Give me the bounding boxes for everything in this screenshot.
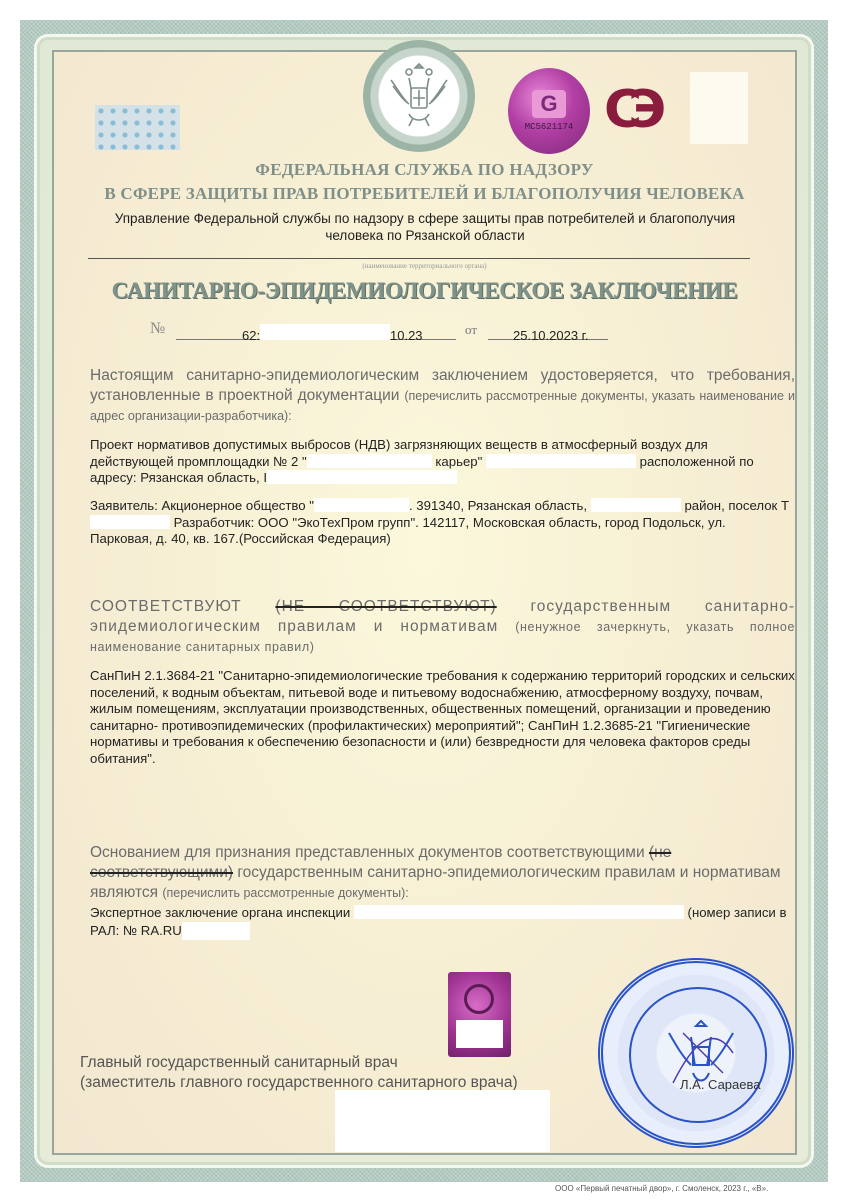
document-title: САНИТАРНО-ЭПИДЕМИОЛОГИЧЕСКОЕ ЗАКЛЮЧЕНИЕ [52, 278, 797, 304]
applicant-text-3: район, поселок Т [684, 498, 789, 513]
microprint-hologram-patch [95, 105, 180, 150]
divider-line [88, 258, 750, 259]
compliance-statement: СООТВЕТСТВУЮТ (НЕ СООТВЕТСТВУЮТ) государ… [90, 597, 795, 657]
redacted-area [486, 454, 636, 468]
agency-name-line2: В СФЕРЕ ЗАЩИТЫ ПРАВ ПОТРЕБИТЕЛЕЙ И БЛАГО… [52, 184, 797, 204]
number-label: № [150, 320, 165, 338]
expert-conclusion: Экспертное заключение органа инспекции (… [90, 905, 790, 940]
double-headed-eagle-icon [387, 58, 451, 134]
coat-of-arms-emblem-icon [363, 40, 475, 152]
signer-position: Главный государственный санитарный врач … [80, 1053, 518, 1093]
redacted-area [307, 454, 432, 468]
redacted-area [354, 905, 684, 919]
number-prefix: 62: [242, 328, 260, 343]
date-label: от [465, 322, 477, 338]
basis-statement: Основанием для признания представленных … [90, 843, 795, 903]
project-text-2: карьер" [435, 454, 482, 469]
applicant-info: Заявитель: Акционерное общество ". 39134… [90, 498, 790, 548]
se-logo-icon: СЭ [604, 80, 684, 140]
compliance-status-struck: (НЕ СООТВЕТСТВУЮТ) [275, 598, 496, 615]
applicant-text-2: . 391340, Рязанская область, [409, 498, 587, 513]
redacted-area [182, 922, 250, 940]
territorial-body-caption: (наименование территориального органа) [52, 262, 797, 270]
certification-intro: Настоящим санитарно-эпидемиологическим з… [90, 366, 795, 426]
territorial-body: Управление Федеральной службы по надзору… [60, 210, 790, 244]
territorial-body-line2: человека по Рязанской области [60, 227, 790, 244]
compliance-status: СООТВЕТСТВУЮТ [90, 598, 242, 615]
applicant-text-1: Заявитель: Акционерное общество " [90, 498, 314, 513]
project-description: Проект нормативов допустимых выбросов (Н… [90, 437, 790, 487]
hologram-seal: G МС5621174 [508, 68, 590, 154]
developer-text: Разработчик: ООО "ЭкоТехПром групп". 142… [90, 515, 726, 547]
agency-name-line1: ФЕДЕРАЛЬНАЯ СЛУЖБА ПО НАДЗОРУ [52, 160, 797, 180]
territorial-body-line1: Управление Федеральной службы по надзору… [60, 210, 790, 227]
redacted-area [591, 498, 681, 512]
hologram-logo-icon [464, 984, 494, 1014]
redacted-signature-area [335, 1090, 550, 1152]
basis-intro: Основанием для признания представленных … [90, 844, 645, 861]
hologram-code: МС5621174 [525, 122, 574, 132]
redacted-area [690, 72, 748, 144]
signatory-name: Л.А. Сараева [680, 1077, 760, 1092]
document-date: 25.10.2023 г. [513, 328, 588, 343]
signer-position-line1: Главный государственный санитарный врач [80, 1053, 518, 1073]
printer-imprint: ООО «Первый печатный двор», г. Смоленск,… [555, 1184, 768, 1193]
redacted-area [314, 498, 409, 512]
hologram-logo-icon: G [532, 90, 566, 118]
basis-hint: (перечислить рассмотренные документы): [162, 886, 408, 900]
redacted-area [267, 470, 457, 484]
document-number-row: № 62: 10.23 от 25.10.2023 г. [150, 322, 610, 342]
number-suffix: 10.23 [390, 328, 423, 343]
sanpin-list: СанПиН 2.1.3684-21 "Санитарно-эпидемиоло… [90, 668, 795, 767]
redacted-area [456, 1020, 503, 1048]
official-stamp [598, 958, 794, 1148]
hologram-sticker [448, 972, 511, 1057]
number-redacted [260, 324, 390, 340]
expert-text-1: Экспертное заключение органа инспекции [90, 905, 350, 920]
redacted-area [90, 515, 170, 529]
